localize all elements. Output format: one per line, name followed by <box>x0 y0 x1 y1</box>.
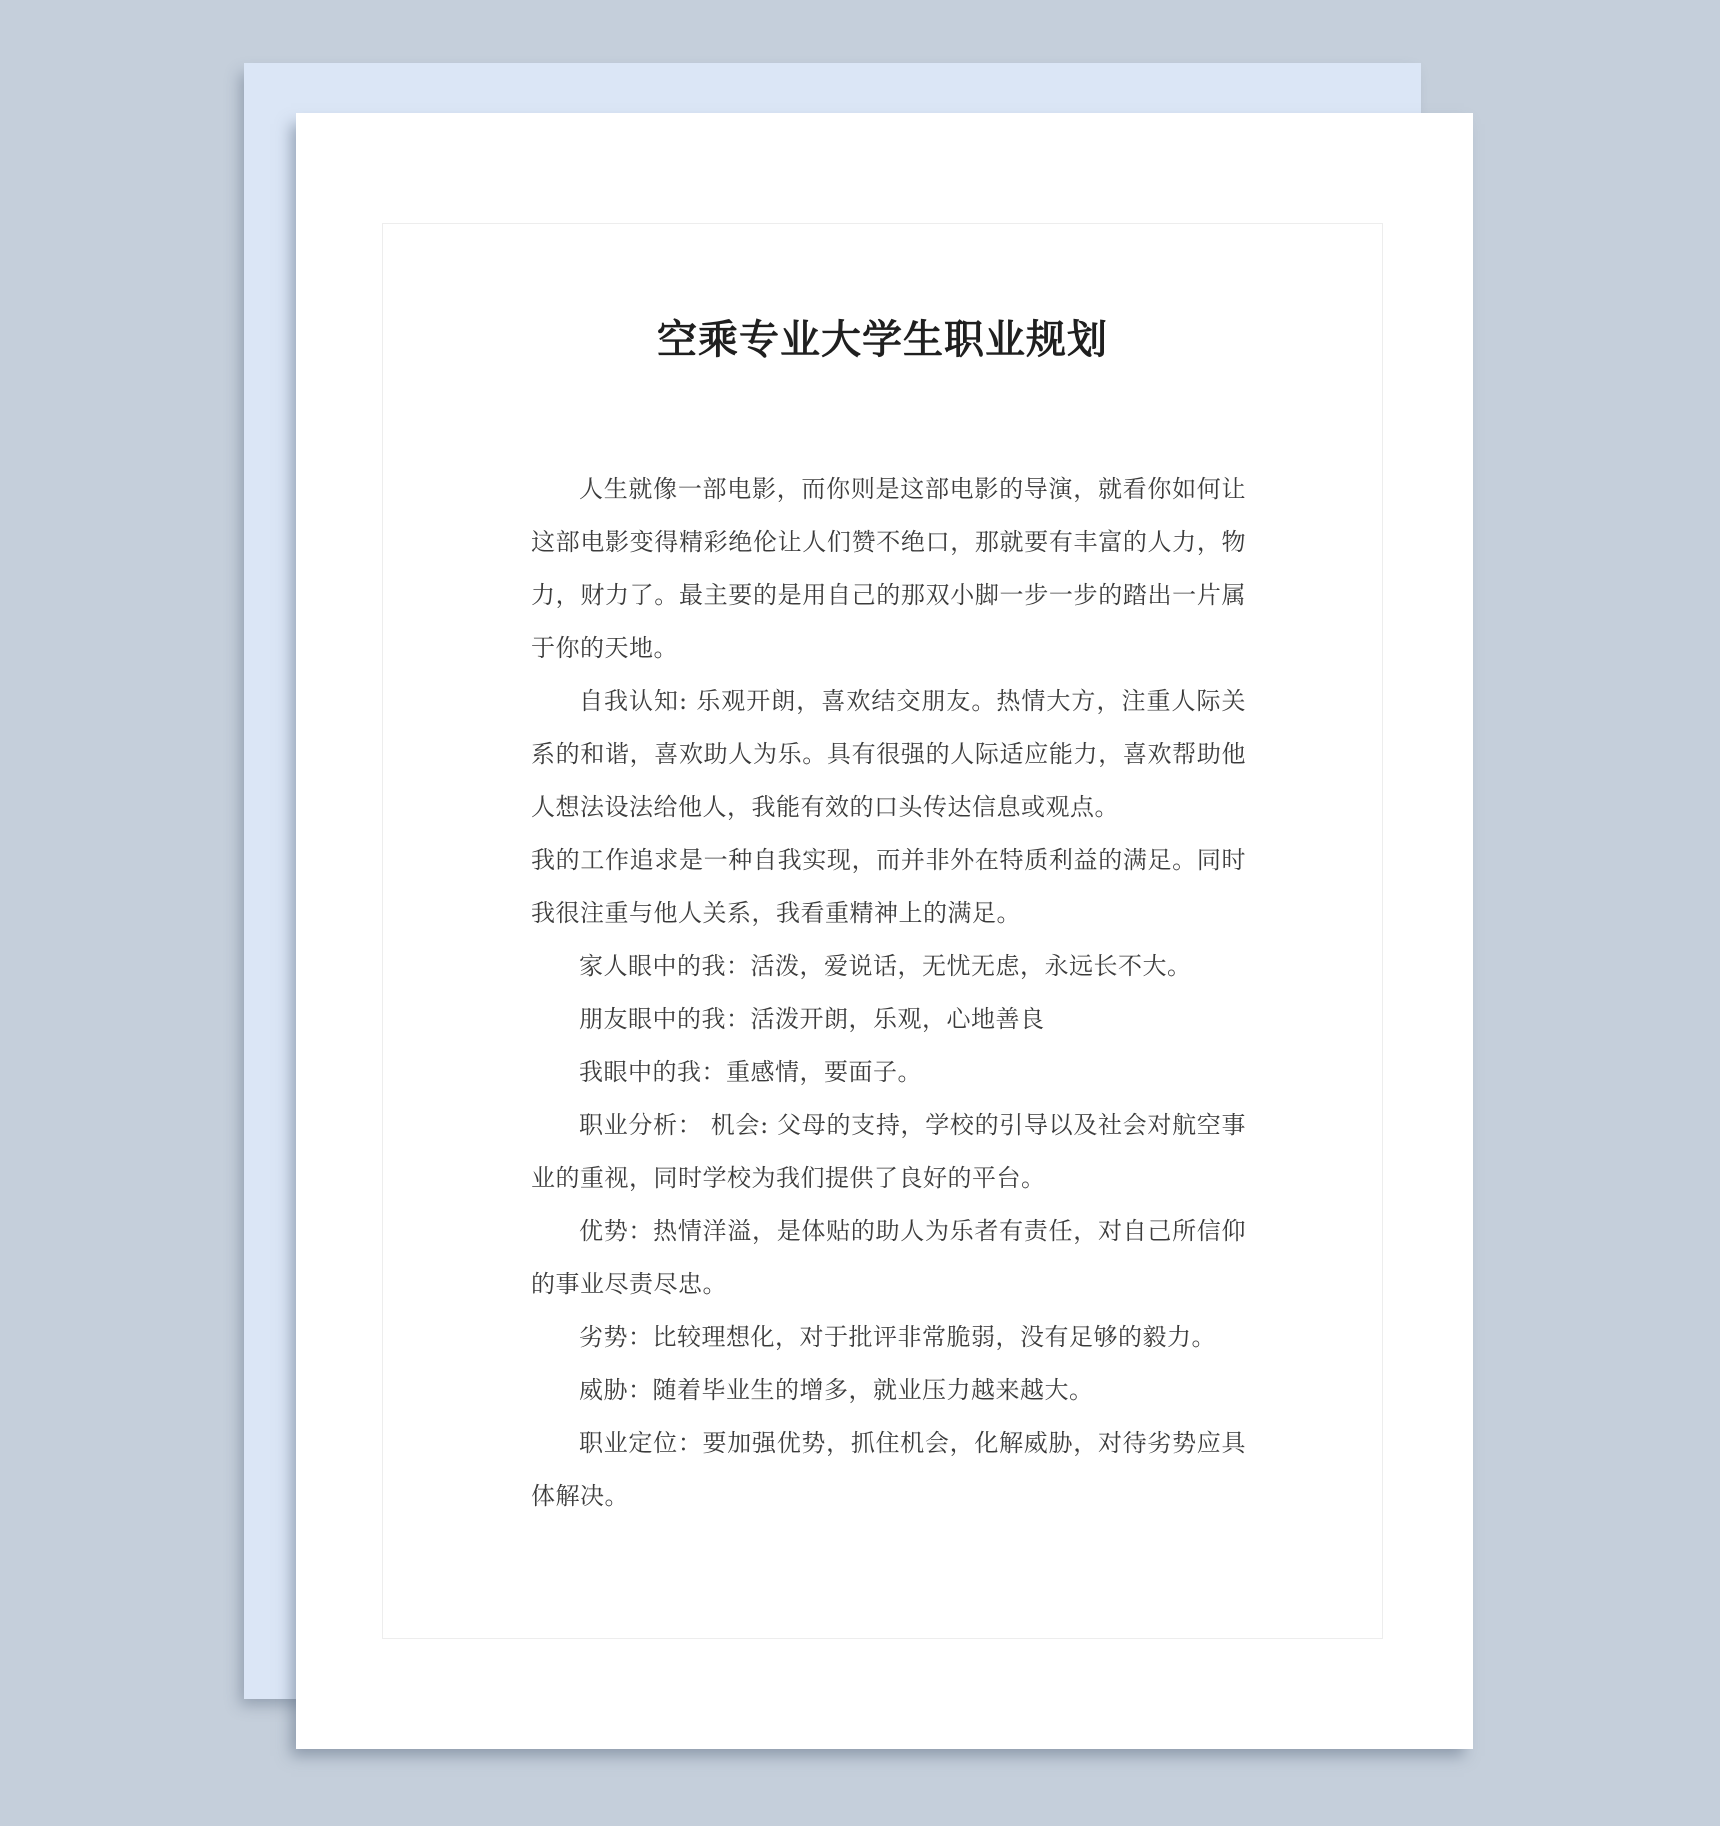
document-paragraph: 人生就像一部电影，而你则是这部电影的导演，就看你如何让这部电影变得精彩绝伦让人们… <box>531 463 1246 675</box>
document-paragraph: 家人眼中的我：活泼，爱说话，无忧无虑，永远长不大。 <box>531 940 1246 993</box>
document-paragraph: 我眼中的我：重感情，要面子。 <box>531 1046 1246 1099</box>
document-paragraph: 职业分析： 机会: 父母的支持，学校的引导以及社会对航空事业的重视，同时学校为我… <box>531 1099 1246 1205</box>
document-paragraph: 自我认知: 乐观开朗，喜欢结交朋友。热情大方，注重人际关系的和谐，喜欢助人为乐。… <box>531 675 1246 834</box>
document-paragraph: 我的工作追求是一种自我实现，而并非外在特质利益的满足。同时我很注重与他人关系，我… <box>531 834 1246 940</box>
desktop-canvas: { "colors": { "canvas_bg": "#c5cfdb", "b… <box>0 0 1720 1826</box>
document-inner-frame: 空乘专业大学生职业规划 人生就像一部电影，而你则是这部电影的导演，就看你如何让这… <box>382 223 1383 1639</box>
document-paragraph: 朋友眼中的我：活泼开朗，乐观，心地善良 <box>531 993 1246 1046</box>
document-paragraph: 劣势：比较理想化，对于批评非常脆弱，没有足够的毅力。 <box>531 1311 1246 1364</box>
document-title: 空乘专业大学生职业规划 <box>383 317 1382 363</box>
document-paragraph: 优势：热情洋溢，是体贴的助人为乐者有责任，对自己所信仰的事业尽责尽忠。 <box>531 1205 1246 1311</box>
document-paragraph: 职业定位：要加强优势，抓住机会，化解威胁，对待劣势应具体解决。 <box>531 1417 1246 1523</box>
document-paragraph: 威胁：随着毕业生的增多，就业压力越来越大。 <box>531 1364 1246 1417</box>
document-page: 空乘专业大学生职业规划 人生就像一部电影，而你则是这部电影的导演，就看你如何让这… <box>296 113 1473 1749</box>
document-body: 人生就像一部电影，而你则是这部电影的导演，就看你如何让这部电影变得精彩绝伦让人们… <box>531 463 1246 1523</box>
